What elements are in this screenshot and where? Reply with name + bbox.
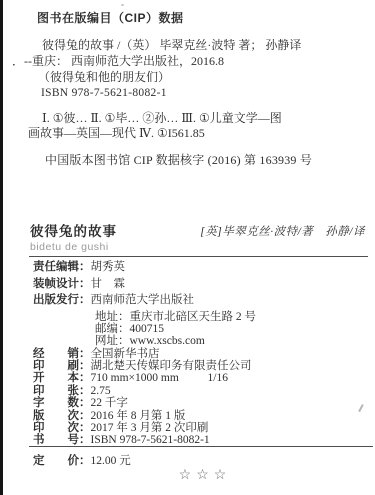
cip-classification-block: Ⅰ. ①彼… Ⅱ. ①毕… ②孙… Ⅲ. ①儿童文学—图 画故事—英国—现代 Ⅳ… [0, 111, 340, 140]
row-label: 印 刷： [33, 360, 91, 372]
cip-record-line: ．--重庆： 西南师范大学出版社，2016.8 [12, 53, 330, 69]
row-value: 710 mm×1000 mm 1/16 [91, 372, 228, 384]
book-authors: [英]毕翠克丝·波特/著 孙静/译 [200, 223, 365, 239]
cip-record-line: 彼得兔的故事 /（英） 毕翠克丝·波特 著； 孙静译 [42, 37, 330, 53]
row-value: 湖北楚天传媒印务有限责任公司 [91, 360, 252, 372]
cip-heading: 图书在版编目（CIP）数据 [37, 9, 184, 26]
row-label: 开 本： [33, 372, 91, 384]
scan-artifact [121, 4, 124, 6]
colophon-row: 出版发行：西南师范大学出版社 [33, 294, 368, 311]
colophon-row: 印 张：2.75 [33, 385, 368, 397]
colophon-row: 印 次：2017 年 3 月第 2 次印刷 [33, 422, 368, 434]
cip-classification-line: Ⅰ. ①彼… Ⅱ. ①毕… ②孙… Ⅲ. ①儿童文学—图 [42, 111, 340, 126]
row-label: 字 数： [33, 397, 91, 409]
row-value: ISBN 978-7-5621-8082-1 [91, 434, 210, 446]
colophon-row: 印 刷：湖北楚天传媒印务有限责任公司 [33, 360, 368, 372]
copyright-page: { "colors": { "text": "#2e2e2e", "muted_… [0, 0, 375, 495]
row-label: 经 销： [33, 348, 91, 360]
divider-rule [29, 256, 368, 257]
colophon-row: 责任编辑：胡秀英 [33, 261, 368, 278]
colophon-row: 字 数：22 千字 [33, 397, 368, 409]
row-label: 装帧设计： [33, 278, 91, 291]
row-value: 2.75 [91, 385, 111, 397]
row-label: 地址： [95, 311, 130, 323]
row-value: 400715 [130, 323, 165, 335]
colophon-row: 邮编：400715 [95, 323, 368, 335]
star-icons: ☆☆☆ [0, 467, 375, 484]
price-row: 定 价：12.00 元 [33, 452, 131, 468]
row-value: 西南师范大学出版社 [91, 294, 195, 306]
row-value: 重庆市北碚区天生路 2 号 [130, 311, 257, 323]
divider-rule [29, 446, 373, 447]
book-title-pinyin: bidetu de gushi [30, 241, 109, 253]
colophon-row: 经 销：全国新华书店 [33, 348, 368, 360]
row-value: 2017 年 3 月第 2 次印刷 [91, 422, 209, 434]
row-value: 甘 霖 [91, 278, 126, 290]
book-title: 彼得兔的故事 [30, 220, 117, 240]
colophon-row: 装帧设计：甘 霖 [33, 278, 368, 295]
row-label: 网址： [95, 335, 130, 347]
row-value: 12.00 元 [91, 455, 131, 467]
cip-record-block: 彼得兔的故事 /（英） 毕翠克丝·波特 著； 孙静译 ．--重庆： 西南师范大学… [0, 37, 330, 101]
cip-registry-line: 中国版本图书馆 CIP 数据核字 (2016) 第 163939 号 [45, 151, 312, 168]
row-value: 22 千字 [91, 397, 128, 409]
row-label: 印 张： [33, 385, 91, 397]
row-value: www.xscbs.com [130, 335, 205, 347]
row-value: 全国新华书店 [91, 348, 160, 360]
colophon-row: 地址：重庆市北碚区天生路 2 号 [95, 311, 368, 323]
cip-record-line: （彼得兔和他的朋友们） [38, 69, 330, 85]
cip-record-isbn: ISBN 978-7-5621-8082-1 [41, 85, 330, 101]
row-label: 出版发行： [33, 294, 91, 307]
row-label: 邮编： [95, 323, 130, 335]
colophon-block: 责任编辑：胡秀英 装帧设计：甘 霖 出版发行：西南师范大学出版社 地址：重庆市北… [33, 261, 368, 447]
colophon-row: 网址：www.xscbs.com [95, 335, 368, 347]
row-label: 责任编辑： [33, 261, 91, 274]
colophon-row: 版 次：2016 年 8 月第 1 版 [33, 410, 368, 422]
colophon-row: 开 本：710 mm×1000 mm 1/16 [33, 372, 368, 384]
colophon-row: 书 号：ISBN 978-7-5621-8082-1 [33, 434, 368, 446]
row-label: 版 次： [33, 410, 91, 422]
cip-classification-line: 画故事—英国—现代 Ⅳ. ①I561.85 [28, 126, 340, 141]
row-label: 印 次： [33, 422, 91, 434]
row-label: 定 价： [33, 452, 91, 468]
row-label: 书 号： [33, 434, 91, 446]
row-value: 胡秀英 [91, 261, 126, 273]
row-value: 2016 年 8 月第 1 版 [91, 410, 186, 422]
